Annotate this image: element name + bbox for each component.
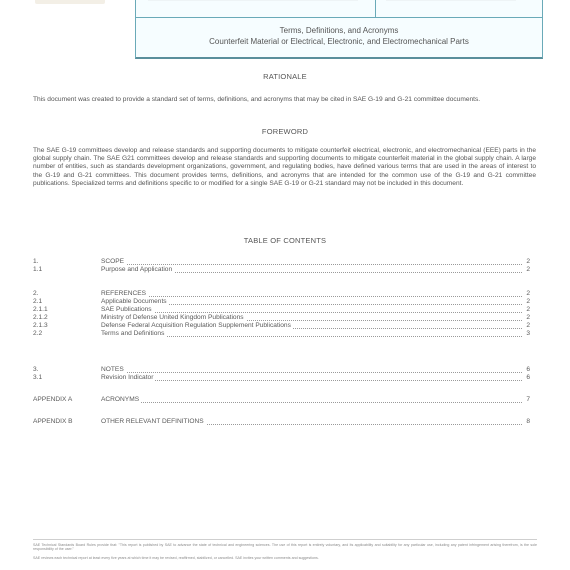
toc-entry[interactable]: 2.1.1SAE Publications2 <box>33 306 530 314</box>
document-number-cell <box>148 0 358 1</box>
toc-entry-page: 2 <box>526 266 530 274</box>
toc-dot-leader <box>101 402 522 403</box>
faded-header-logo <box>35 0 105 4</box>
toc-entry-title[interactable]: SCOPE <box>101 258 126 266</box>
document-title-box: Terms, Definitions, and Acronyms Counter… <box>135 0 543 59</box>
toc-entry-page: 3 <box>526 330 530 338</box>
toc-entry-number: 2.1.1 <box>33 306 48 314</box>
toc-entry-number: 2. <box>33 290 39 298</box>
toc-entry-title[interactable]: NOTES <box>101 366 126 374</box>
toc-entry[interactable]: 2.REFERENCES2 <box>33 290 530 298</box>
toc-entry[interactable]: 3.1Revision Indicator6 <box>33 374 530 382</box>
toc-entry-number: APPENDIX B <box>33 418 73 426</box>
toc-entry-title[interactable]: SAE Publications <box>101 306 154 314</box>
toc-dot-leader <box>101 264 522 265</box>
toc-entry-page: 2 <box>526 314 530 322</box>
toc-entry-page: 2 <box>526 306 530 314</box>
toc-entry-number: 2.1.3 <box>33 322 48 330</box>
document-title-line2: Counterfeit Material or Electrical, Elec… <box>136 36 542 47</box>
toc-entry[interactable]: APPENDIX AACRONYMS7 <box>33 396 530 404</box>
header-divider <box>375 0 376 17</box>
toc-entry-number: 2.1.2 <box>33 314 48 322</box>
toc-entry-title[interactable]: OTHER RELEVANT DEFINITIONS <box>101 418 206 426</box>
toc-entry-page: 7 <box>526 396 530 404</box>
toc-entry[interactable]: 1.SCOPE2 <box>33 258 530 266</box>
toc-entry-page: 2 <box>526 290 530 298</box>
toc-entry[interactable]: 3.NOTES6 <box>33 366 530 374</box>
toc-entry-page: 8 <box>526 418 530 426</box>
toc-entry[interactable]: 2.2Terms and Definitions3 <box>33 330 530 338</box>
document-date-cell <box>386 0 516 1</box>
toc-entry-number: APPENDIX A <box>33 396 72 404</box>
toc-entry-page: 2 <box>526 258 530 266</box>
toc-dot-leader <box>101 296 522 297</box>
toc-entry-title[interactable]: Revision Indicator <box>101 374 155 382</box>
document-title-line1: Terms, Definitions, and Acronyms <box>136 25 542 36</box>
toc-entry[interactable]: APPENDIX BOTHER RELEVANT DEFINITIONS8 <box>33 418 530 426</box>
toc-entry-title[interactable]: Purpose and Application <box>101 266 174 274</box>
foreword-text: The SAE G-19 committees develop and rele… <box>33 147 536 188</box>
toc-entry[interactable]: 2.1.3Defense Federal Acquisition Regulat… <box>33 322 530 330</box>
document-title: Terms, Definitions, and Acronyms Counter… <box>136 25 542 47</box>
toc-dot-leader <box>101 380 522 381</box>
footer-rule <box>33 539 537 540</box>
toc-entry-title[interactable]: Applicable Documents <box>101 298 169 306</box>
toc-entry-title[interactable]: Terms and Definitions <box>101 330 166 338</box>
toc-entry-number: 3. <box>33 366 39 374</box>
toc-dot-leader <box>101 372 522 373</box>
document-id-row <box>136 0 542 18</box>
toc-entry-page: 2 <box>526 298 530 306</box>
toc-entry-page: 6 <box>526 366 530 374</box>
toc-entry-title[interactable]: Defense Federal Acquisition Regulation S… <box>101 322 293 330</box>
toc-heading: TABLE OF CONTENTS <box>0 236 570 245</box>
toc-entry[interactable]: 1.1Purpose and Application2 <box>33 266 530 274</box>
toc-dot-leader <box>101 312 522 313</box>
footer-review-notice: SAE reviews each technical report at lea… <box>33 556 537 560</box>
foreword-heading: FOREWORD <box>0 127 570 136</box>
footer-disclaimer: SAE Technical Standards Board Rules prov… <box>33 543 537 552</box>
toc-entry-page: 6 <box>526 374 530 382</box>
toc-entry-number: 2.2 <box>33 330 42 338</box>
toc-entry-number: 1. <box>33 258 39 266</box>
toc-entry-title[interactable]: REFERENCES <box>101 290 148 298</box>
toc-entry[interactable]: 2.1Applicable Documents2 <box>33 298 530 306</box>
rationale-text: This document was created to provide a s… <box>33 96 536 104</box>
rationale-heading: RATIONALE <box>0 72 570 81</box>
toc-entry[interactable]: 2.1.2Ministry of Defense United Kingdom … <box>33 314 530 322</box>
toc-entry-number: 1.1 <box>33 266 42 274</box>
toc-entry-title[interactable]: Ministry of Defense United Kingdom Publi… <box>101 314 246 322</box>
toc-entry-page: 2 <box>526 322 530 330</box>
toc-entry-title[interactable]: ACRONYMS <box>101 396 141 404</box>
toc-entry-number: 2.1 <box>33 298 42 306</box>
toc-entry-number: 3.1 <box>33 374 42 382</box>
